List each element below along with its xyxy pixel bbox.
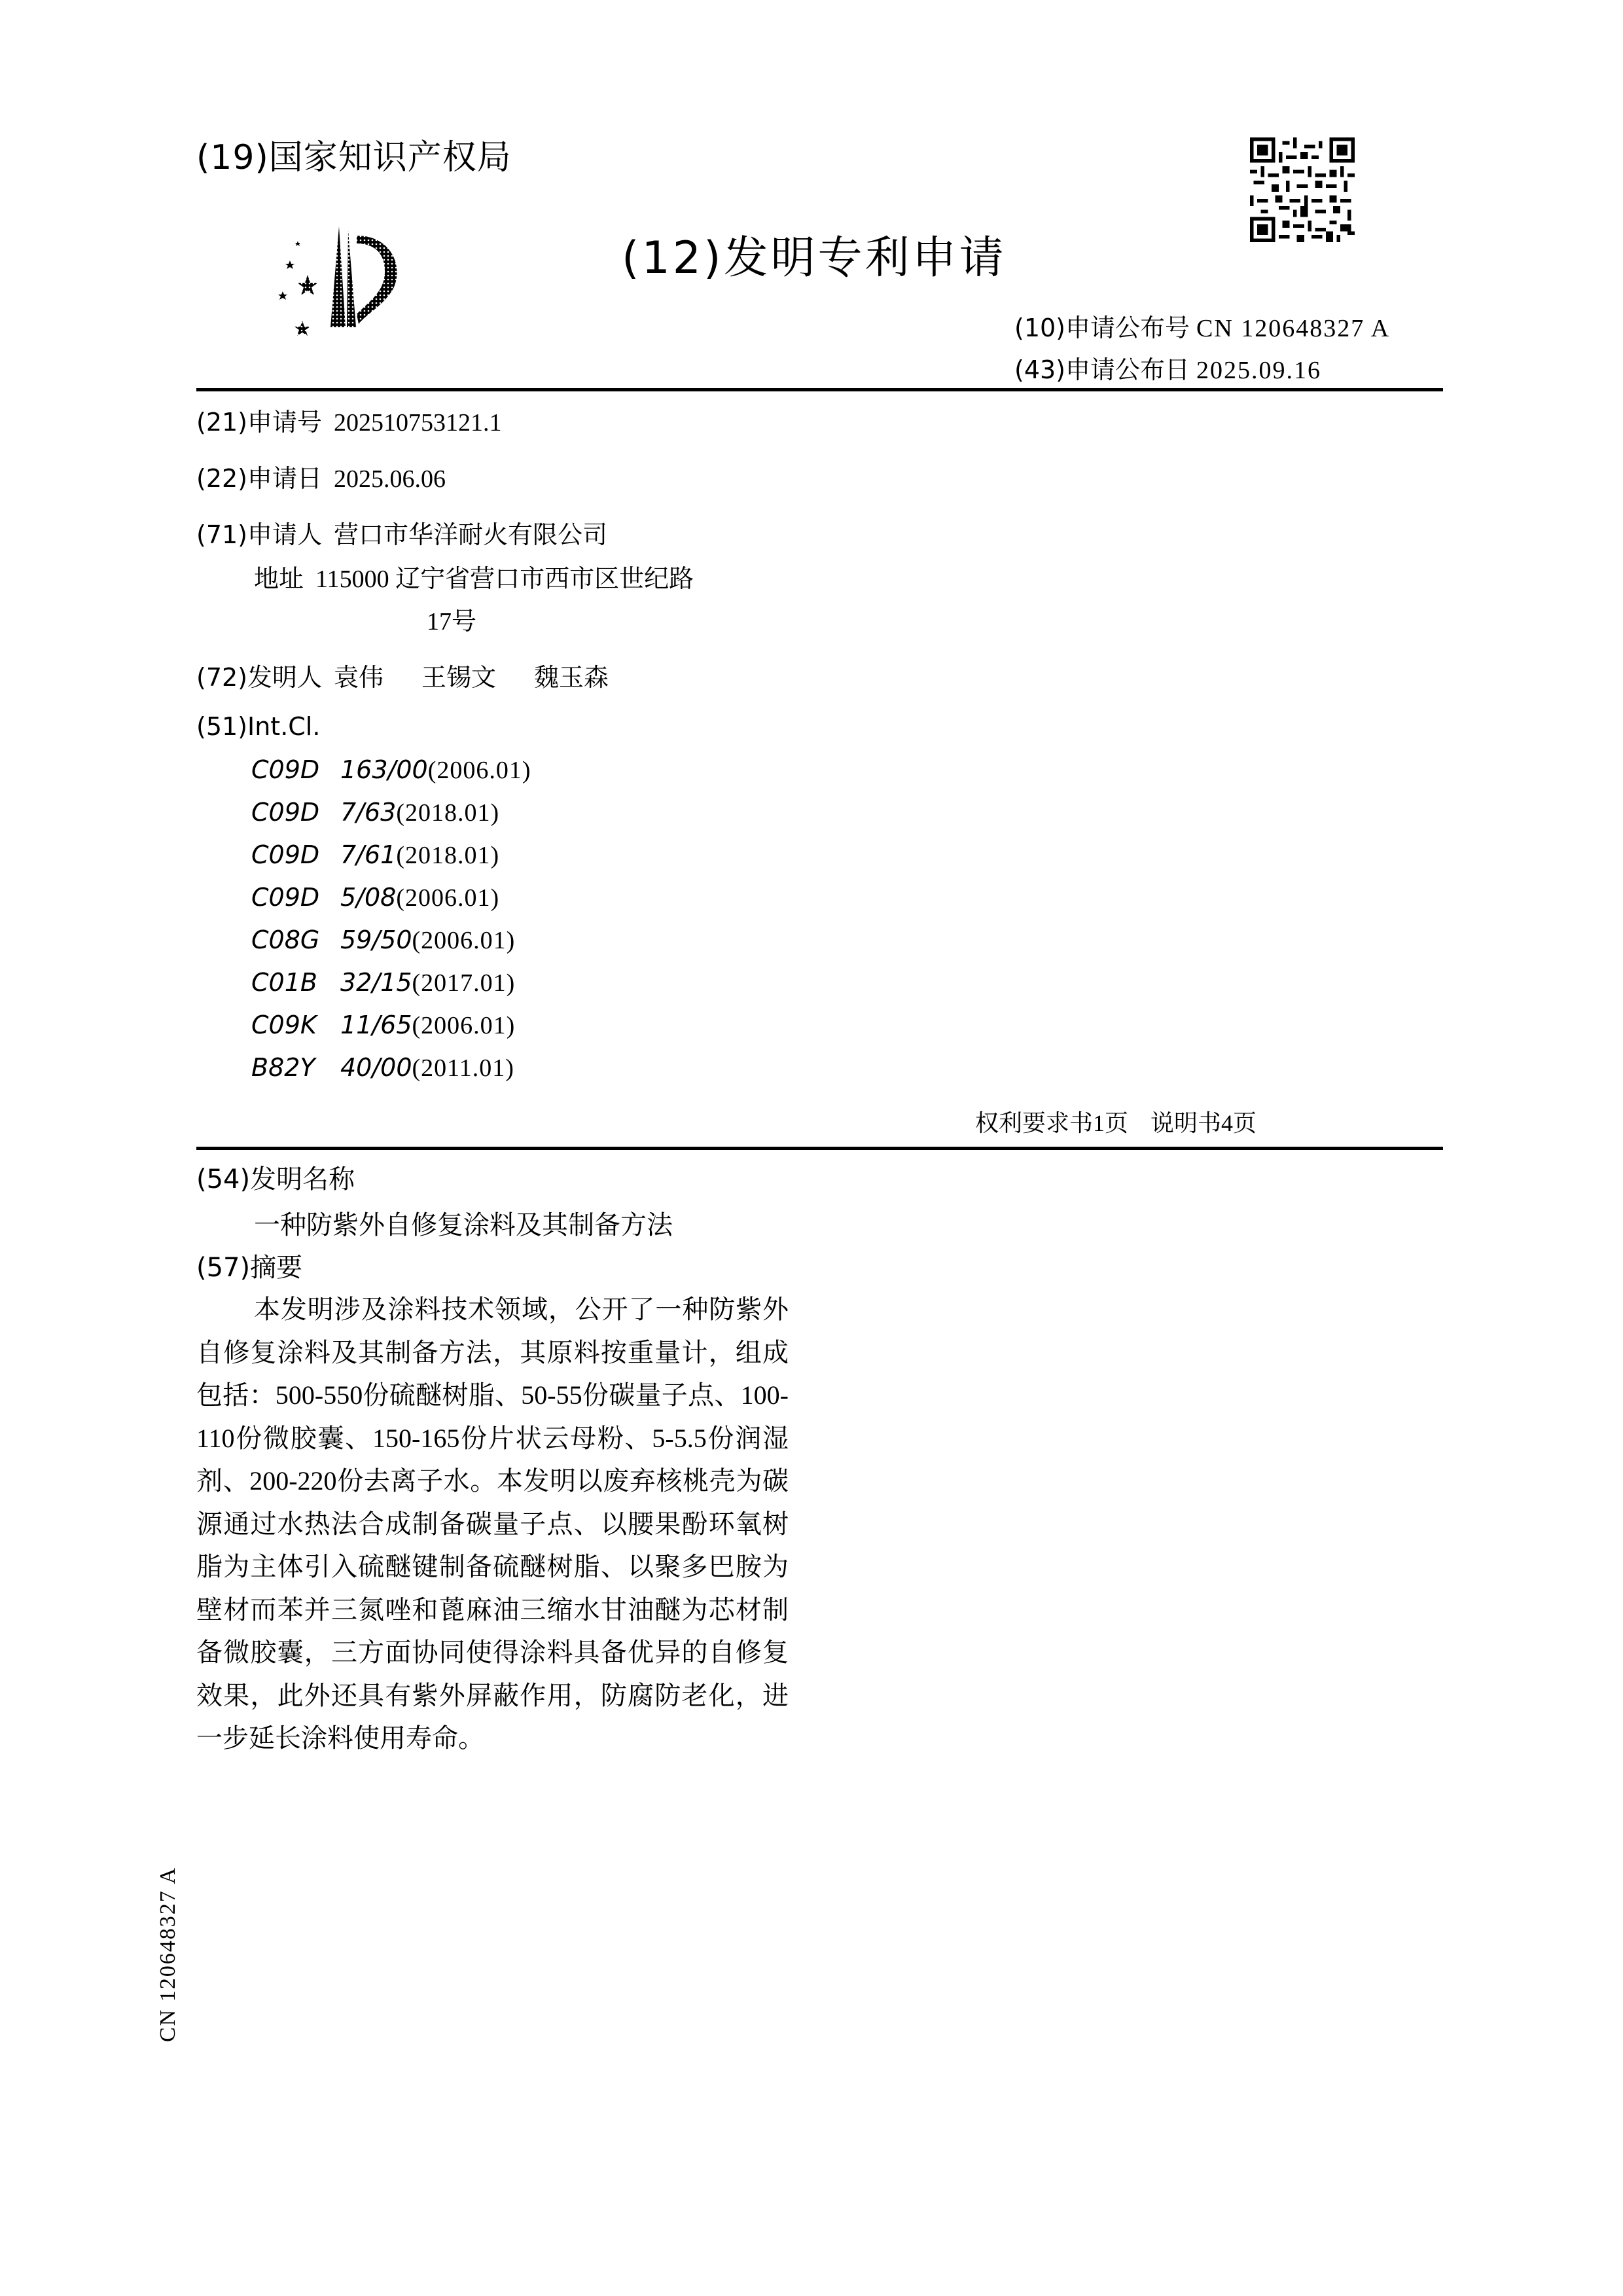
publication-number-row: (10)申请公布号CN 120648327 A — [1014, 308, 1390, 344]
ipc-item: C09K11/65(2006.01) — [251, 1011, 515, 1040]
ipc-item: C09D5/08(2006.01) — [251, 883, 499, 912]
ipc-group: 7/63 — [340, 798, 396, 827]
application-number-field: (21)申请号202510753121.1 — [196, 402, 502, 438]
ipc-group: 40/00 — [340, 1053, 412, 1082]
ipc-code: C01B — [251, 968, 330, 997]
abstract-label: (57)摘要 — [196, 1247, 302, 1284]
application-number-label: (21)申请号 — [196, 408, 322, 437]
applicant-label: (71)申请人 — [196, 520, 322, 549]
ipc-version: (2006.01) — [412, 1012, 516, 1039]
ipc-version: (2017.01) — [412, 969, 516, 997]
ipc-group: 32/15 — [340, 968, 412, 997]
invention-title-label: (54)发明名称 — [196, 1158, 355, 1196]
publication-date-value: 2025.09.16 — [1196, 357, 1321, 384]
ipc-item: C01B32/15(2017.01) — [251, 968, 515, 997]
ipc-label: (51)Int.Cl. — [196, 712, 320, 741]
inventors-label: (72)发明人 — [196, 663, 322, 692]
inventors-field: (72)发明人袁伟王锡文魏玉森 — [196, 657, 609, 693]
ipc-group: 59/50 — [340, 925, 412, 954]
ipc-code: C09D — [251, 755, 330, 784]
ipc-version: (2006.01) — [412, 927, 516, 954]
ipc-version: (2018.01) — [396, 799, 499, 827]
page-counts: 权利要求书1页说明书4页 — [975, 1105, 1257, 1138]
address-continuation: 17号 — [427, 601, 476, 637]
address-field: 地址115000 辽宁省营口市西市区世纪路 — [254, 558, 694, 594]
publication-date-label: (43)申请公布日 — [1014, 355, 1190, 384]
ipc-version: (2006.01) — [396, 884, 499, 912]
ipc-item: C09D163/00(2006.01) — [251, 755, 531, 785]
publication-number-value: CN 120648327 A — [1196, 315, 1390, 342]
applicant-field: (71)申请人营口市华洋耐火有限公司 — [196, 514, 607, 550]
ipc-item: B82Y40/00(2011.01) — [251, 1053, 514, 1083]
ipc-code: C09K — [251, 1011, 330, 1039]
inventor-name: 袁伟 — [334, 664, 383, 692]
section-divider — [196, 1147, 1443, 1150]
ipc-group: 163/00 — [340, 755, 428, 784]
ipc-version: (2011.01) — [412, 1054, 514, 1082]
ipc-code: B82Y — [251, 1053, 330, 1082]
ipc-item: C08G59/50(2006.01) — [251, 925, 515, 955]
ipc-code: C09D — [251, 798, 330, 827]
filing-date-label: (22)申请日 — [196, 464, 322, 493]
applicant-value: 营口市华洋耐火有限公司 — [334, 522, 607, 549]
side-publication-number: CN 120648327 A — [156, 1867, 181, 2042]
ipc-item: C09D7/61(2018.01) — [251, 840, 499, 870]
ipc-code: C09D — [251, 883, 330, 912]
header-divider — [196, 388, 1443, 391]
address-label: 地址 — [254, 564, 304, 593]
filing-date-value: 2025.06.06 — [334, 465, 446, 493]
ipc-group: 7/61 — [340, 840, 396, 869]
description-page-count: 说明书4页 — [1150, 1110, 1257, 1136]
inventor-name: 魏玉森 — [534, 664, 609, 692]
application-number-value: 202510753121.1 — [334, 409, 502, 437]
inventor-name: 王锡文 — [421, 664, 496, 692]
ipc-version: (2018.01) — [396, 842, 499, 869]
filing-date-field: (22)申请日2025.06.06 — [196, 458, 446, 494]
ipc-code: C09D — [251, 840, 330, 869]
ipc-group: 11/65 — [340, 1011, 412, 1039]
ipc-group: 5/08 — [340, 883, 396, 912]
ipc-code: C08G — [251, 925, 330, 954]
office-name: (19)国家知识产权局 — [196, 130, 512, 179]
ipc-item: C09D7/63(2018.01) — [251, 798, 499, 827]
claims-page-count: 权利要求书1页 — [975, 1110, 1128, 1136]
document-type-title: (12)发明专利申请 — [622, 223, 1007, 286]
cnipa-logo-icon — [268, 223, 425, 340]
invention-title: 一种防紫外自修复涂料及其制备方法 — [254, 1204, 673, 1242]
qr-code-icon — [1250, 137, 1355, 242]
abstract-text: 本发明涉及涂料技术领域，公开了一种防紫外自修复涂料及其制备方法，其原料按重量计，… — [196, 1288, 789, 1760]
publication-date-row: (43)申请公布日2025.09.16 — [1014, 350, 1321, 386]
address-value: 115000 辽宁省营口市西市区世纪路 — [315, 565, 694, 593]
ipc-version: (2006.01) — [428, 757, 531, 784]
publication-number-label: (10)申请公布号 — [1014, 314, 1190, 342]
